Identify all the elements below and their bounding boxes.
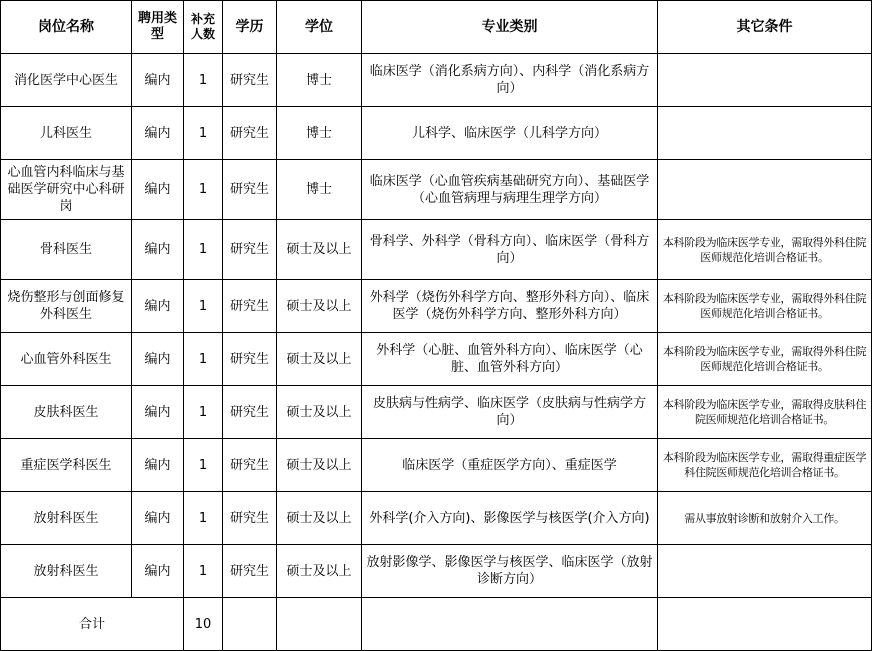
total-row: 合计 10 (1, 598, 872, 651)
cell-hire-type: 编内 (132, 492, 184, 545)
cell-education: 研究生 (223, 220, 277, 280)
cell-degree: 博士 (277, 54, 362, 107)
cell-hire-type: 编内 (132, 545, 184, 598)
cell-position: 皮肤科医生 (1, 386, 132, 439)
cell-major: 外科学(介入方向)、影像医学与核医学(介入方向) (362, 492, 658, 545)
cell-degree: 硕士及以上 (277, 492, 362, 545)
cell-other: 本科阶段为临床医学专业，需取得外科住院医师规范化培训合格证书。 (658, 280, 872, 333)
total-empty-degree (277, 598, 362, 651)
cell-position: 放射科医生 (1, 545, 132, 598)
cell-position: 骨科医生 (1, 220, 132, 280)
recruitment-table: 岗位名称 聘用类型 补充人数 学历 学位 专业类别 其它条件 消化医学中心医生 … (0, 0, 872, 651)
cell-other (658, 160, 872, 220)
cell-major: 皮肤病与性病学、临床医学（皮肤病与性病学方向） (362, 386, 658, 439)
cell-position: 烧伤整形与创面修复外科医生 (1, 280, 132, 333)
cell-major: 外科学（烧伤外科学方向、整形外科方向）、临床医学（烧伤外科学方向、整形外科方向） (362, 280, 658, 333)
cell-hire-type: 编内 (132, 107, 184, 160)
table-row: 消化医学中心医生 编内 1 研究生 博士 临床医学（消化系病方向）、内科学（消化… (1, 54, 872, 107)
cell-hire-type: 编内 (132, 333, 184, 386)
header-education: 学历 (223, 1, 277, 54)
cell-degree: 硕士及以上 (277, 545, 362, 598)
header-major: 专业类别 (362, 1, 658, 54)
cell-other (658, 545, 872, 598)
cell-position: 放射科医生 (1, 492, 132, 545)
cell-education: 研究生 (223, 54, 277, 107)
cell-count: 1 (184, 54, 223, 107)
cell-count: 1 (184, 280, 223, 333)
cell-position: 重症医学科医生 (1, 439, 132, 492)
cell-count: 1 (184, 492, 223, 545)
cell-other: 本科阶段为临床医学专业，需取得重症医学科住院医师规范化培训合格证书。 (658, 439, 872, 492)
cell-count: 1 (184, 160, 223, 220)
cell-major: 外科学（心脏、血管外科方向）、临床医学（心脏、血管外科方向） (362, 333, 658, 386)
cell-major: 临床医学（重症医学方向）、重症医学 (362, 439, 658, 492)
cell-hire-type: 编内 (132, 280, 184, 333)
table-row: 重症医学科医生 编内 1 研究生 硕士及以上 临床医学（重症医学方向）、重症医学… (1, 439, 872, 492)
cell-education: 研究生 (223, 333, 277, 386)
header-position: 岗位名称 (1, 1, 132, 54)
table-row: 骨科医生 编内 1 研究生 硕士及以上 骨科学、外科学（骨科方向）、临床医学（骨… (1, 220, 872, 280)
cell-education: 研究生 (223, 545, 277, 598)
cell-education: 研究生 (223, 439, 277, 492)
header-degree: 学位 (277, 1, 362, 54)
table-row: 皮肤科医生 编内 1 研究生 硕士及以上 皮肤病与性病学、临床医学（皮肤病与性病… (1, 386, 872, 439)
cell-hire-type: 编内 (132, 54, 184, 107)
cell-count: 1 (184, 220, 223, 280)
cell-hire-type: 编内 (132, 386, 184, 439)
cell-hire-type: 编内 (132, 160, 184, 220)
cell-position: 心血管外科医生 (1, 333, 132, 386)
table-row: 放射科医生 编内 1 研究生 硕士及以上 外科学(介入方向)、影像医学与核医学(… (1, 492, 872, 545)
cell-other: 需从事放射诊断和放射介入工作。 (658, 492, 872, 545)
cell-education: 研究生 (223, 386, 277, 439)
cell-position: 心血管内科临床与基础医学研究中心科研岗 (1, 160, 132, 220)
cell-other (658, 107, 872, 160)
cell-degree: 博士 (277, 107, 362, 160)
cell-count: 1 (184, 545, 223, 598)
total-count: 10 (184, 598, 223, 651)
cell-degree: 博士 (277, 160, 362, 220)
cell-other (658, 54, 872, 107)
cell-major: 临床医学（消化系病方向）、内科学（消化系病方向） (362, 54, 658, 107)
table-row: 心血管外科医生 编内 1 研究生 硕士及以上 外科学（心脏、血管外科方向）、临床… (1, 333, 872, 386)
cell-hire-type: 编内 (132, 439, 184, 492)
total-label: 合计 (1, 598, 184, 651)
cell-degree: 硕士及以上 (277, 439, 362, 492)
table-row: 儿科医生 编内 1 研究生 博士 儿科学、临床医学（儿科学方向） (1, 107, 872, 160)
cell-major: 骨科学、外科学（骨科方向）、临床医学（骨科方向） (362, 220, 658, 280)
header-other: 其它条件 (658, 1, 872, 54)
total-empty-major (362, 598, 658, 651)
header-count: 补充人数 (184, 1, 223, 54)
table-row: 心血管内科临床与基础医学研究中心科研岗 编内 1 研究生 博士 临床医学（心血管… (1, 160, 872, 220)
cell-other: 本科阶段为临床医学专业，需取得外科住院医师规范化培训合格证书。 (658, 333, 872, 386)
cell-major: 临床医学（心血管疾病基础研究方向）、基础医学（心血管病理与病理生理学方向） (362, 160, 658, 220)
cell-other: 本科阶段为临床医学专业，需取得外科住院医师规范化培训合格证书。 (658, 220, 872, 280)
table-row: 放射科医生 编内 1 研究生 硕士及以上 放射影像学、影像医学与核医学、临床医学… (1, 545, 872, 598)
header-row: 岗位名称 聘用类型 补充人数 学历 学位 专业类别 其它条件 (1, 1, 872, 54)
cell-education: 研究生 (223, 160, 277, 220)
table-row: 烧伤整形与创面修复外科医生 编内 1 研究生 硕士及以上 外科学（烧伤外科学方向… (1, 280, 872, 333)
cell-other: 本科阶段为临床医学专业，需取得皮肤科住院医师规范化培训合格证书。 (658, 386, 872, 439)
cell-count: 1 (184, 439, 223, 492)
cell-position: 消化医学中心医生 (1, 54, 132, 107)
cell-count: 1 (184, 333, 223, 386)
cell-count: 1 (184, 107, 223, 160)
cell-major: 儿科学、临床医学（儿科学方向） (362, 107, 658, 160)
cell-education: 研究生 (223, 280, 277, 333)
cell-degree: 硕士及以上 (277, 386, 362, 439)
cell-count: 1 (184, 386, 223, 439)
cell-education: 研究生 (223, 492, 277, 545)
header-hire-type: 聘用类型 (132, 1, 184, 54)
cell-education: 研究生 (223, 107, 277, 160)
total-empty-education (223, 598, 277, 651)
cell-degree: 硕士及以上 (277, 280, 362, 333)
total-empty-other (658, 598, 872, 651)
cell-major: 放射影像学、影像医学与核医学、临床医学（放射诊断方向） (362, 545, 658, 598)
cell-position: 儿科医生 (1, 107, 132, 160)
cell-hire-type: 编内 (132, 220, 184, 280)
cell-degree: 硕士及以上 (277, 333, 362, 386)
cell-degree: 硕士及以上 (277, 220, 362, 280)
